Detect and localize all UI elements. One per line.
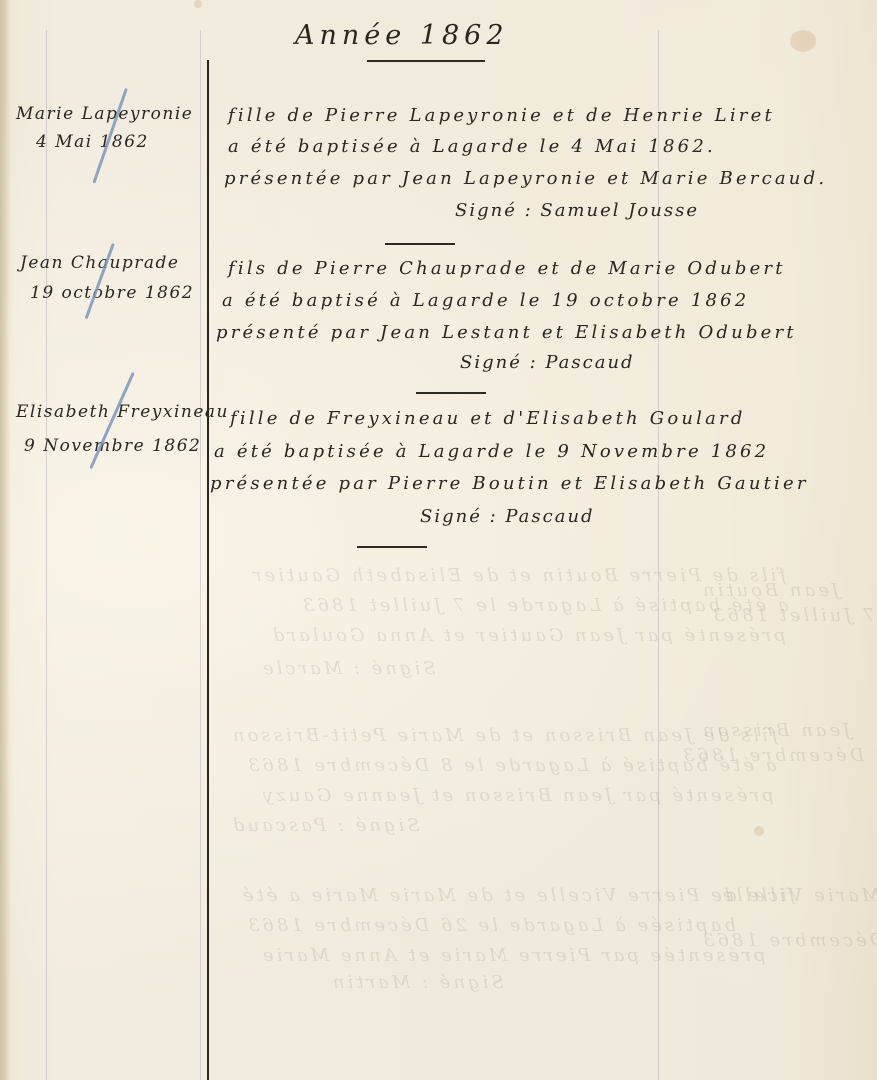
entry-name: Marie Lapeyronie — [16, 104, 193, 124]
entry-line: a été baptisée à Lagarde le 4 Mai 1862. — [228, 136, 716, 157]
margin-rule — [207, 60, 209, 1080]
entry-name: Elisabeth Freyxineau — [16, 402, 229, 422]
entry-separator — [357, 546, 427, 548]
bleed-text: Signé : Marcle — [260, 658, 436, 679]
entry-separator — [416, 392, 486, 394]
title-underline — [367, 60, 485, 62]
entry-line: fille de Freyxineau et d'Elisabeth Goula… — [230, 408, 746, 429]
bleed-text: a été baptisé à Lagarde le 8 Décembre 18… — [245, 755, 776, 776]
entry-date: 4 Mai 1862 — [36, 132, 149, 152]
entry-line: présentée par Jean Lapeyronie et Marie B… — [224, 168, 827, 189]
bleed-text: présenté par Jean Gautier et Anna Goular… — [270, 625, 786, 646]
bleed-text: fille de Pierre Vicelle et de Marie Mari… — [240, 885, 795, 906]
binding-edge — [0, 0, 10, 1080]
entry-date: 9 Novembre 1862 — [24, 436, 201, 456]
bleed-text: fils de Jean Brisson et de Marie Petit-B… — [230, 725, 777, 746]
entry-signature: Signé : Pascaud — [460, 352, 635, 373]
entry-date: 19 octobre 1862 — [30, 283, 194, 303]
entry-line: fils de Pierre Chauprade et de Marie Odu… — [228, 258, 786, 279]
faint-margin-rule — [200, 30, 201, 1080]
bleed-text: présenté par Jean Brisson et Jeanne Gauz… — [260, 785, 774, 806]
bleed-text: fils de Pierre Boutin et de Elisabeth Ga… — [250, 565, 786, 586]
faint-margin-rule — [46, 30, 47, 1080]
bleed-text: Signé : Martin — [330, 972, 504, 993]
entry-signature: Signé : Samuel Jousse — [455, 200, 699, 221]
entry-separator — [385, 243, 455, 245]
entry-line: fille de Pierre Lapeyronie et de Henrie … — [228, 105, 775, 126]
entry-line: présentée par Pierre Boutin et Elisabeth… — [210, 473, 809, 494]
entry-line: présenté par Jean Lestant et Elisabeth O… — [216, 322, 797, 343]
entry-line: a été baptisé à Lagarde le 19 octobre 18… — [222, 290, 749, 311]
paper-stain — [754, 826, 764, 836]
entry-name: Jean Chauprade — [20, 253, 180, 273]
bleed-text: Signé : Pascaud — [230, 815, 420, 836]
paper-stain — [790, 30, 816, 52]
bleed-text: a été baptisé à Lagarde le 7 Juillet 186… — [300, 595, 789, 616]
entry-line: a été baptisée à Lagarde le 9 Novembre 1… — [214, 441, 769, 462]
bleed-text: présentée par Pierre Marie et Anne Marie — [260, 945, 765, 966]
entry-signature: Signé : Pascaud — [420, 506, 595, 527]
register-page: Jean Boutin 7 Juillet 1863 fils de Pierr… — [0, 0, 877, 1080]
page-title: Année 1862 — [295, 20, 509, 51]
bleed-text: baptisée à Lagarde le 26 Décembre 1863 — [245, 915, 736, 936]
paper-stain — [194, 0, 202, 8]
